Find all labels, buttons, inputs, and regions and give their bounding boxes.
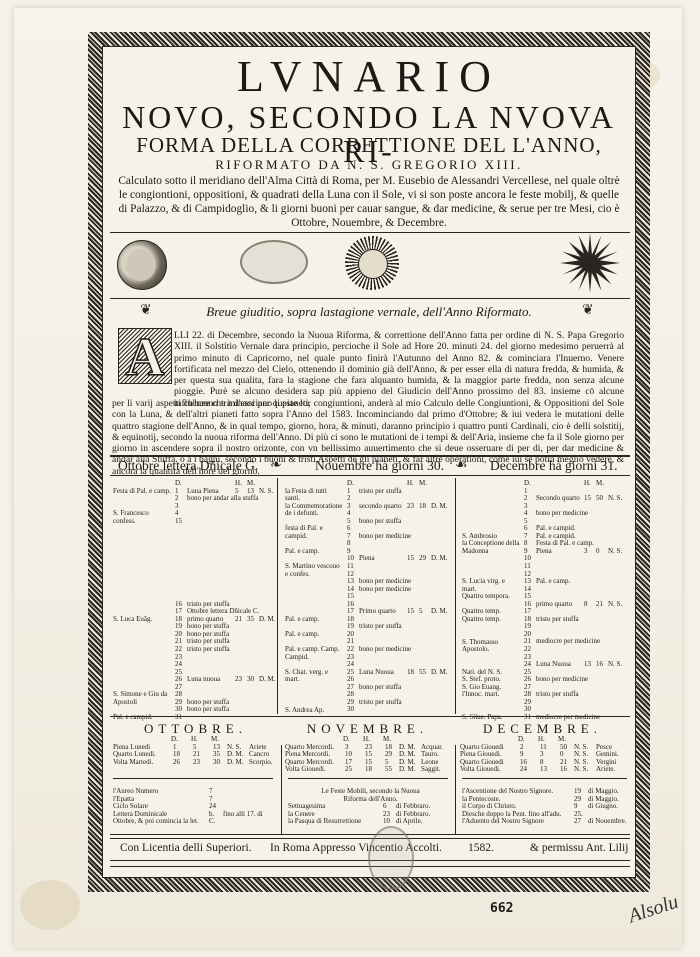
divider bbox=[110, 455, 630, 457]
calendar-day-row: 22tristo per stuffa bbox=[113, 646, 273, 654]
license-text: Con Licentia delli Superiori. bbox=[120, 842, 252, 854]
divider bbox=[110, 838, 630, 839]
movable-feasts-table: Le Feste Mobili, secondo la Nuoua Riform… bbox=[288, 788, 453, 826]
phase-d: 24 bbox=[520, 766, 527, 774]
phase-ns: D. M. bbox=[399, 766, 416, 774]
phase-h: 23 bbox=[193, 759, 200, 767]
day-h: 8 bbox=[584, 601, 588, 609]
calendar-day-row: 19 bbox=[462, 623, 627, 631]
day-ev: tristo per stuffa bbox=[359, 623, 402, 631]
feast-month: di Giugno. bbox=[588, 803, 618, 811]
calendar-november: D.H.M.1tristo per stuffa23secondo quarto… bbox=[285, 480, 450, 714]
feast-day-label: S. Thomasso Apostolo. bbox=[462, 639, 520, 654]
day-ev: bono per medicine bbox=[359, 586, 411, 594]
day-ev: bono per stuffa bbox=[359, 518, 401, 526]
day-ev: mediocre per medicine bbox=[536, 638, 600, 646]
calendar-day-row: 29 bbox=[462, 699, 627, 707]
phase-phase: Volta Giouedi. bbox=[460, 766, 501, 774]
day-ev: bono per medicine bbox=[536, 510, 588, 518]
day-h: 3 bbox=[584, 548, 588, 556]
day-ev: Luna Nuoua bbox=[359, 669, 394, 677]
day-ns: N. S. bbox=[608, 661, 622, 669]
divider bbox=[110, 716, 630, 717]
computus-table: l'Aureo Numero7l'Epatta7Ciclo Solare24Le… bbox=[113, 788, 278, 826]
computus-row: l'Aureo Numero7 bbox=[113, 788, 278, 796]
calendar-day-row: 23 bbox=[113, 654, 273, 662]
printer-text: In Roma Appresso Vincentio Accolti. bbox=[270, 842, 442, 854]
feast-day-label: S. Lucia virg. e mart. bbox=[462, 578, 520, 593]
month-header-december: Decembre hà giorni 31. bbox=[490, 458, 617, 474]
phase-m: 55 bbox=[385, 766, 392, 774]
day-ev: secondo quarto bbox=[359, 503, 402, 511]
column-label-h: H. bbox=[407, 480, 414, 488]
library-stamp-icon bbox=[240, 240, 308, 284]
day-ev: primo quarto bbox=[536, 601, 572, 609]
day-ev: tristo per stuffa bbox=[536, 691, 579, 699]
judgment-heading: Breue giuditio, sopra lastagione vernale… bbox=[102, 304, 636, 320]
day-h: 15 bbox=[584, 495, 591, 503]
day-ev: tristo per stuffa bbox=[187, 646, 230, 654]
day-h: 23 bbox=[235, 676, 242, 684]
year-text: 1582. bbox=[468, 842, 494, 854]
fleuron-icon: ❦ bbox=[582, 302, 594, 319]
feast-label: l'Aduento del Nostro Signore bbox=[462, 818, 544, 826]
feast-day-label: Pal. e camp. Camp. Campid. bbox=[285, 646, 343, 661]
feast-row: l'Aduento del Nostro Signore27di Nouembr… bbox=[462, 818, 627, 826]
day-ev: bono per andar alla stuffa bbox=[187, 495, 258, 503]
phase-d: 25 bbox=[345, 766, 352, 774]
feast-day: 27 bbox=[574, 818, 581, 826]
day-ns: N. S. bbox=[259, 488, 273, 496]
feast-day-label: Pal. e camp. bbox=[285, 631, 343, 639]
day-ev: tristo per stuffa bbox=[359, 699, 402, 707]
calendar-day-row: 24 bbox=[113, 661, 273, 669]
feast-month: di Nouembre. bbox=[588, 818, 627, 826]
divider bbox=[110, 298, 630, 299]
calendar-day-row: 2bono per andar alla stuffa bbox=[113, 495, 273, 503]
day-m: 5 bbox=[419, 608, 423, 616]
day-h: 13 bbox=[584, 661, 591, 669]
subtitle-line-2: FORMA DELLA CORRETTIONE DEL L'ANNO, bbox=[102, 134, 636, 156]
day-ns: D. M. bbox=[431, 555, 448, 563]
divider bbox=[110, 834, 630, 835]
day-ev: bono per medicine bbox=[359, 533, 411, 541]
day-ns: N. S. bbox=[608, 548, 622, 556]
day-ev: bono per medicine bbox=[536, 676, 588, 684]
divider bbox=[110, 475, 630, 476]
day-ns: N. S. bbox=[608, 495, 622, 503]
day-ev: Primo quarto bbox=[359, 608, 396, 616]
divider bbox=[288, 778, 448, 779]
calendar-day-row bbox=[113, 563, 273, 571]
feast-day-label: S. Simone e Giu da Apostoli bbox=[113, 691, 171, 706]
day-m: 29 bbox=[419, 555, 426, 563]
calendar-day-row bbox=[113, 555, 273, 563]
calendar-day-row bbox=[113, 586, 273, 594]
day-ns: D. M. bbox=[259, 616, 276, 624]
paper-stain bbox=[20, 880, 80, 930]
day-ev: tristo per stuffa bbox=[359, 488, 402, 496]
day-m: 55 bbox=[419, 669, 426, 677]
day-h: 21 bbox=[235, 616, 242, 624]
feast-day-label: Festa di Pal. e camp. bbox=[113, 488, 171, 496]
day-m: 16 bbox=[596, 661, 603, 669]
phase-phase: Volta Martedi. bbox=[113, 759, 153, 767]
lunar-phase-row: Volta Martedi.262330D. M.Scorpio. bbox=[113, 759, 278, 767]
intro-paragraph: Calculato sotto il meridiano dell'Alma C… bbox=[115, 174, 623, 230]
lunar-phase-row: Volta Giouedi.251855D. M.Saggit. bbox=[285, 766, 450, 774]
computus-note: fino alli 17. di bbox=[223, 811, 263, 819]
summary-october: OTTOBRE.D.H.M.Piena Lunedi1513N. S.Ariet… bbox=[113, 722, 278, 766]
calendar-day-row: 10 bbox=[462, 555, 627, 563]
calendar-day-row bbox=[113, 571, 273, 579]
divider bbox=[113, 778, 273, 779]
calendar-day-row: 4bono per medicine bbox=[462, 510, 627, 518]
calendar-day-row: 2Secondo quarto1550N. S. bbox=[462, 495, 627, 503]
library-stamp-icon bbox=[368, 826, 414, 890]
computus-row: Ottobre, & poi comincia la let.C. bbox=[113, 818, 278, 826]
day-d: 15 bbox=[175, 518, 182, 526]
sun-face-icon bbox=[345, 236, 399, 290]
column-divider bbox=[455, 478, 456, 714]
month-header-october: Ottobre lettera Dñicale G. bbox=[118, 458, 258, 474]
day-m: 35 bbox=[247, 616, 254, 624]
calendar-day-row: 27bono per stuffa bbox=[285, 684, 450, 692]
calendar-day-row bbox=[113, 525, 273, 533]
feast-row: la Pasqua di Resurrettione10di Aprile. bbox=[288, 818, 453, 826]
column-label-h: H. bbox=[584, 480, 591, 488]
phase-h: 13 bbox=[540, 766, 547, 774]
phase-d: 26 bbox=[173, 759, 180, 767]
subtitle-line-3: RIFORMATO DA N. S. GREGORIO XIII. bbox=[102, 158, 636, 172]
feast-day-label: S. Francesco confess. bbox=[113, 510, 171, 525]
feast-day-label: Pal. e camp. bbox=[285, 548, 343, 556]
feast-day-label: Quattro tempora. bbox=[462, 593, 520, 601]
calendar-day-row: 26Luna nuoua2330D. M. bbox=[113, 676, 273, 684]
column-label-m: M. bbox=[419, 480, 427, 488]
divider bbox=[110, 232, 630, 233]
feast-day-label: la Conceptione della Madonna bbox=[462, 540, 520, 555]
day-d: 30 bbox=[347, 706, 354, 714]
calendar-day-row: 15 bbox=[285, 593, 450, 601]
phase-phase: Volta Giouedi. bbox=[285, 766, 326, 774]
day-ev: Piena bbox=[536, 548, 552, 556]
column-divider bbox=[281, 745, 282, 835]
feast-day-label: S. Andrea Ap. bbox=[285, 707, 343, 715]
day-m: 30 bbox=[247, 676, 254, 684]
day-ns: D. M. bbox=[431, 608, 448, 616]
phase-m: 30 bbox=[213, 759, 220, 767]
phase-ns: D. M. bbox=[227, 759, 244, 767]
calendar-column-header: D.H.M. bbox=[462, 480, 627, 488]
summary-title: OTTOBRE. bbox=[113, 722, 278, 736]
feast-day-label: Quattro temp. bbox=[462, 616, 520, 624]
summary-title: NOVEMBRE. bbox=[285, 722, 450, 736]
feast-day-label: festa di Pal. e campid. bbox=[285, 525, 343, 540]
day-ev: bono per medicine bbox=[359, 646, 411, 654]
permission-text: & permissu Ant. Lilij bbox=[530, 842, 628, 854]
computus-label: Ottobre, & poi comincia la let. bbox=[113, 818, 199, 826]
phase-m: 16 bbox=[560, 766, 567, 774]
summary-title: DECEMBRE. bbox=[460, 722, 625, 736]
column-divider bbox=[455, 745, 456, 835]
other-feasts-table: l'Ascentione del Nostro Signore.19di Mag… bbox=[462, 788, 627, 826]
divider bbox=[462, 778, 627, 779]
calendar-day-row bbox=[113, 578, 273, 586]
page-title: LVNARIO bbox=[102, 54, 636, 100]
feast-day-label: Pal. e camp. bbox=[285, 616, 343, 624]
summary-december: DECEMBRE.D.H.M.Quarto Giouedi21150N. S.P… bbox=[460, 722, 625, 774]
day-ev: Secondo quarto bbox=[536, 495, 580, 503]
calendar-day-row: 14bono per medicine bbox=[285, 586, 450, 594]
day-m: 0 bbox=[596, 548, 600, 556]
day-m: 50 bbox=[596, 495, 603, 503]
feast-day-label: S. Martino vescouo e confes. bbox=[285, 563, 343, 578]
calendar-day-row bbox=[113, 548, 273, 556]
month-header-november: Nouembre hà giorni 30. bbox=[315, 458, 444, 474]
phase-h: 18 bbox=[365, 766, 372, 774]
day-h: 23 bbox=[407, 503, 414, 511]
day-ev: Piena bbox=[359, 555, 375, 563]
calendar-day-row bbox=[113, 540, 273, 548]
phase-ns: N. S. bbox=[574, 766, 588, 774]
day-ev: bono per stuffa bbox=[187, 706, 229, 714]
feast-day-label: la Commemoratione de i defunti. bbox=[285, 503, 343, 518]
fleuron-icon: ☙ bbox=[455, 457, 468, 474]
day-h: 15 bbox=[407, 608, 414, 616]
feast-day-label: S. Luca Euãg. bbox=[113, 616, 171, 624]
column-divider bbox=[277, 478, 278, 714]
day-ev: bono per stuffa bbox=[359, 684, 401, 692]
computus-value: C. bbox=[209, 818, 215, 826]
calendar-day-row bbox=[113, 533, 273, 541]
day-ev: tristo per stuffa bbox=[536, 616, 579, 624]
feast-month: di Aprile. bbox=[396, 818, 422, 826]
day-ev: Pal. e camp. bbox=[536, 578, 570, 586]
day-ev: Luna nuoua bbox=[187, 676, 220, 684]
fleuron-icon: ❧ bbox=[270, 457, 282, 474]
phase-sign: Scorpio. bbox=[249, 759, 273, 767]
feast-day: 10 bbox=[383, 818, 390, 826]
day-ns: D. M. bbox=[259, 676, 276, 684]
moon-face-icon bbox=[117, 240, 167, 290]
calendar-october: D.H.M.1Luna Piena513N. S.2bono per andar… bbox=[113, 480, 273, 722]
dropcap-initial: A bbox=[118, 328, 172, 384]
calendar-december: D.H.M.12Secondo quarto1550N. S.34bono pe… bbox=[462, 480, 627, 722]
day-ns: N. S. bbox=[608, 601, 622, 609]
day-h: 15 bbox=[407, 555, 414, 563]
feast-day-label: l'Innoc. mart. bbox=[462, 691, 520, 699]
page-number: 662 bbox=[490, 901, 513, 916]
lunar-phase-row: Volta Giouedi.241316N. S.Ariete. bbox=[460, 766, 625, 774]
summary-november: NOVEMBRE.D.H.M.Quarto Mercordi.32318D. M… bbox=[285, 722, 450, 774]
day-m: 18 bbox=[419, 503, 426, 511]
feast-day-label: la Festa di tutti santi. bbox=[285, 488, 343, 503]
feast-label: la Pasqua di Resurrettione bbox=[288, 818, 361, 826]
day-ns: D. M. bbox=[431, 503, 448, 511]
day-m: 21 bbox=[596, 601, 603, 609]
column-label-m: M. bbox=[596, 480, 604, 488]
day-h: 18 bbox=[407, 669, 414, 677]
calendar-day-row: 11 bbox=[462, 563, 627, 571]
day-ev: Luna Nuoua bbox=[536, 661, 571, 669]
phase-sign: Saggit. bbox=[421, 766, 441, 774]
day-ns: D. M. bbox=[431, 669, 448, 677]
phase-sign: Ariete. bbox=[596, 766, 615, 774]
feast-day-label: S. Chat. verg. e mart. bbox=[285, 669, 343, 684]
